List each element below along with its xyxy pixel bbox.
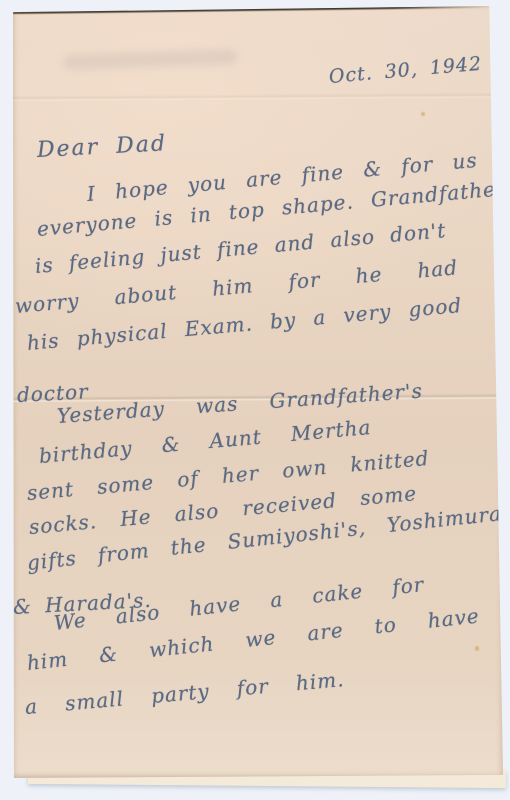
letter-date: Oct. 30, 1942 — [328, 51, 483, 90]
letter-paper: Oct. 30, 1942 Dear Dad I hope you are fi… — [13, 6, 503, 778]
letter-salutation: Dear Dad — [36, 131, 167, 164]
paper-stain — [421, 112, 425, 116]
letter-body-line: a small party for him. — [24, 666, 346, 720]
paper-stain — [475, 646, 479, 651]
fold-crease-faint — [13, 92, 503, 101]
scan-background: Oct. 30, 1942 Dear Dad I hope you are fi… — [0, 0, 510, 800]
ink-smudge — [63, 49, 238, 70]
paper-top-edge-shadow — [13, 5, 490, 14]
